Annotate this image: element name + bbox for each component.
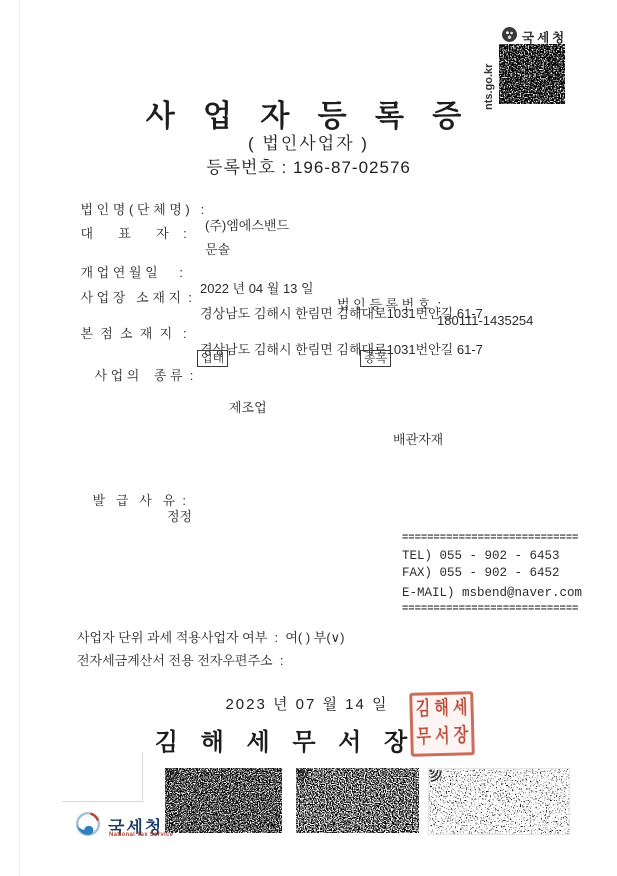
business-item-value: 배관자재 <box>393 432 443 448</box>
fan-marker-icon <box>429 769 443 783</box>
fan-marker-icon <box>296 768 310 782</box>
business-address-label: 사 업 장 소 재 지 : <box>80 290 191 305</box>
registration-number: 등록번호 : 196-87-02576 <box>0 153 617 178</box>
barcode-block-2 <box>296 768 419 833</box>
unit-taxation-line: 사업자 단위 과세 적용사업자 여부 : 여( ) 부(∨) <box>77 627 345 646</box>
business-category-value: 제조업 <box>229 400 267 416</box>
nts-logo-icon <box>75 811 101 837</box>
seal-char: 장 <box>451 720 471 755</box>
fan-marker-icon <box>165 768 179 782</box>
seal-char: 서 <box>433 720 453 755</box>
open-date-value: 2022 년 04 월 13 일 <box>200 281 314 297</box>
contact-separator-bottom: ============================ <box>402 603 578 615</box>
seal-char: 무 <box>414 721 434 756</box>
business-item-tag: 종목 <box>360 350 391 367</box>
corp-name-value: (주)엠에스밴드 <box>205 218 289 234</box>
hq-address-value: 경상남도 김해시 한림면 김해대로1031번안길 61-7 <box>200 342 483 358</box>
border-corner-line-h <box>62 801 143 802</box>
contact-tel: TEL) 055 - 902 - 6453 <box>402 549 560 563</box>
field-issue-reason: 발 급 사 유 : 정정 <box>78 477 186 541</box>
business-type-label: 사 업 의 종 류 : <box>94 368 193 383</box>
nts-agency-en-label: National Tax Service <box>109 832 173 838</box>
issuer-title: 김 해 세 무 서 장 <box>0 722 570 757</box>
business-registration-certificate: nts.go.kr 국세청 사 업 자 등 록 증 ( 법인사업자 ) 등록번호… <box>0 0 617 876</box>
issue-reason-label: 발 급 사 유 : <box>92 493 186 508</box>
official-seal: 김 해 세 무 서 장 <box>409 691 475 757</box>
barcode-block-1 <box>165 768 282 833</box>
barcode-block-3 <box>428 768 570 835</box>
contact-fax: FAX) 055 - 902 - 6452 <box>402 566 560 580</box>
hq-address-label: 본 점 소 재 지 : <box>80 326 186 341</box>
e-invoice-email-line: 전자세금계산서 전용 전자우편주소 : <box>77 650 283 669</box>
border-corner-line-v <box>142 752 143 802</box>
field-business-type: 사 업 의 종 류 : 업태 제조업 종목 배관자재 <box>80 352 193 464</box>
national-emblem-icon <box>502 27 517 42</box>
business-category-tag: 업태 <box>197 350 228 367</box>
contact-separator-top: ============================ <box>402 532 578 544</box>
subtitle-corporate: ( 법인사업자 ) <box>0 129 617 154</box>
representative-label: 대 표 자 : <box>80 226 186 241</box>
business-address-value: 경상남도 김해시 한림면 김해대로1031번안길 61-7 <box>200 306 483 322</box>
representative-value: 문솔 <box>205 242 230 258</box>
contact-email: E-MAIL) msbend@naver.com <box>402 586 582 600</box>
issue-date: 2023 년 07 월 14 일 <box>0 693 614 714</box>
issue-reason-value: 정정 <box>167 509 192 525</box>
